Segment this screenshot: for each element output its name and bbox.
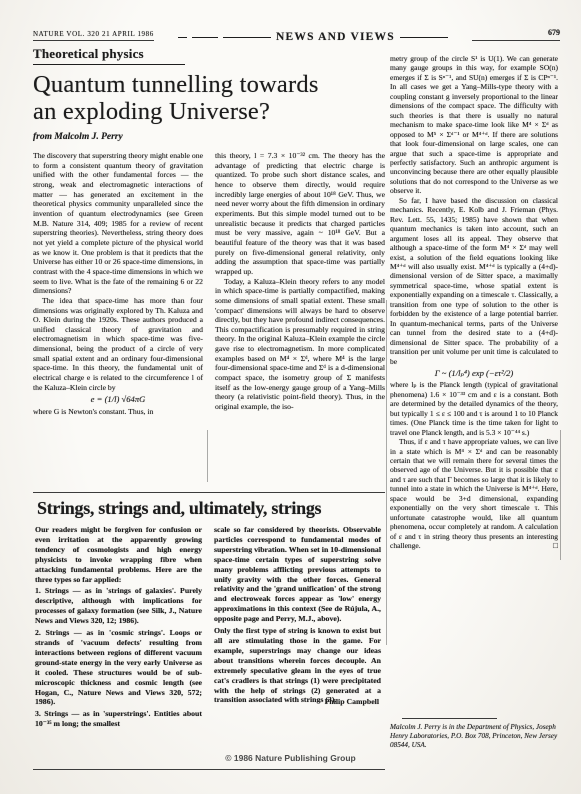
masthead: NATURE VOL. 320 21 APRIL 1986 NEWS AND V… [33,28,560,41]
section-header: NEWS AND VIEWS [178,31,448,43]
dash-rule [178,37,187,38]
page-number: 679 [472,28,560,41]
paragraph: where lₚ is the Planck length (typical o… [390,380,558,437]
article-byline: from Malcolm J. Perry [33,132,385,142]
list-item: 2. Strings — as in 'cosmic strings'. Loo… [35,628,202,707]
tunnelling-probability-formula: Γ ~ (1/lₚ⁴) exp (−ετ²/2) [390,369,558,378]
dash-rule [223,37,271,38]
paragraph: Today, a Kaluza–Klein theory refers to a… [215,277,385,412]
article-kicker: Theoretical physics [33,46,185,65]
column-rule [386,300,387,645]
footnote-text: Malcolm J. Perry is in the Department of… [390,723,558,750]
section-title: NEWS AND VIEWS [276,31,395,43]
article-left-block: Theoretical physics Quantum tunnelling t… [33,46,385,770]
column-rule [560,430,561,560]
paragraph: The discovery that superstring theory mi… [33,151,203,296]
article-columns: The discovery that superstring theory mi… [33,151,385,486]
copyright-notice: © 1986 Nature Publishing Group [0,753,581,763]
article-column-3: metry group of the circle S¹ is U(1). We… [390,54,558,712]
strings-sidebar-box: Strings, strings and, ultimately, string… [33,492,385,770]
paragraph: where G is Newton's constant. Thus, in [33,407,203,417]
journal-issue-line: NATURE VOL. 320 21 APRIL 1986 [33,30,154,41]
paragraph: The idea that space-time has more than f… [33,296,203,393]
paragraph: scale so far considered by theorists. Ob… [214,525,381,624]
dash-rule [400,37,448,38]
paragraph: Only the first type of string is known t… [214,626,381,705]
list-item: 3. Strings — as in 'superstrings'. Entit… [35,709,202,729]
article-title: Quantum tunnelling towards an exploding … [33,72,385,125]
footnote-rule [402,718,497,719]
paragraph: metry group of the circle S¹ is U(1). We… [390,54,558,196]
list-item: 1. Strings — as in 'strings of galaxies'… [35,586,202,626]
sidebar-box-column-2: scale so far considered by theorists. Ob… [214,525,381,731]
sidebar-box-columns: Our readers might be forgiven for confus… [35,525,383,731]
column-rule [207,430,208,482]
sidebar-box-title: Strings, strings and, ultimately, string… [37,498,383,519]
paragraph: this theory, l = 7.3 × 10⁻³² cm. The the… [215,151,385,277]
article-title-line1: Quantum tunnelling towards [33,72,385,99]
author-footnote: Malcolm J. Perry is in the Department of… [390,718,558,750]
charge-formula: e = (1/l) √64πG [33,395,203,405]
journal-page: NATURE VOL. 320 21 APRIL 1986 NEWS AND V… [0,0,581,794]
dash-rule [192,37,218,38]
paragraph: So far, I have based the discussion on c… [390,196,558,366]
article-title-line2: an exploding Universe? [33,99,385,126]
article-column-2: this theory, l = 7.3 × 10⁻³² cm. The the… [215,151,385,486]
paragraph: Thus, if ε and τ have appropriate values… [390,437,558,550]
sidebar-box-column-1: Our readers might be forgiven for confus… [35,525,202,731]
article-column-1: The discovery that superstring theory mi… [33,151,203,486]
paragraph: Our readers might be forgiven for confus… [35,525,202,584]
